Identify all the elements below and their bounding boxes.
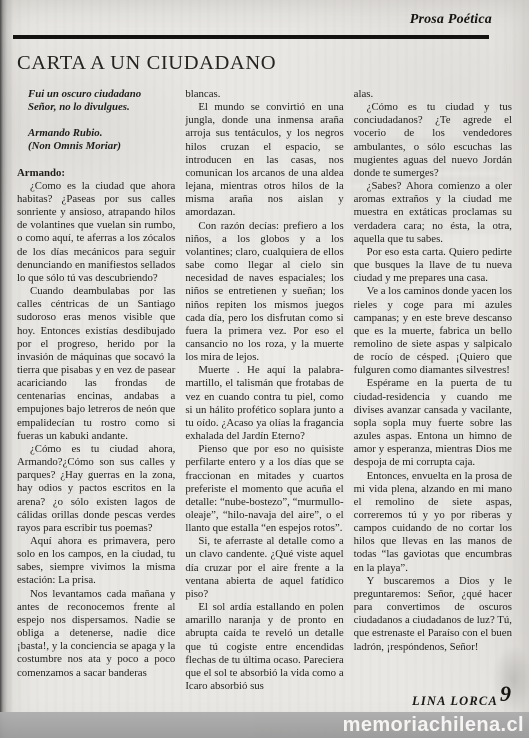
- attribution: Armando Rubio. (Non Omnis Moriar): [28, 127, 175, 153]
- column-1: Fui un oscuro ciudadano Señor, no lo div…: [17, 88, 175, 712]
- paragraph: Cuando deambulabas por las calles céntri…: [17, 285, 175, 443]
- paragraph: alas.: [354, 88, 512, 101]
- page-title: CARTA A UN CIUDADANO: [17, 52, 276, 75]
- watermark-bar: memoriachilena.cl: [0, 712, 529, 738]
- text-columns: Fui un oscuro ciudadano Señor, no lo div…: [17, 88, 512, 712]
- page-number: 9: [500, 681, 511, 707]
- section-header: Prosa Poética: [410, 12, 492, 28]
- column-2: blancas.El mundo se convirtió en una jun…: [185, 88, 343, 712]
- paragraph: ¿Cómo es tu ciudad y tus conciudadanos? …: [354, 101, 512, 180]
- paragraph: Por eso esta carta. Quiero pedirte que b…: [354, 246, 512, 285]
- author-signature: LINA LORCA: [412, 694, 498, 709]
- paragraph: ¿Como es la ciudad que ahora habitas? ¿P…: [17, 180, 175, 285]
- paragraph: Entonces, envuelta en la prosa de mi vid…: [354, 470, 512, 575]
- salutation: Armando:: [17, 167, 175, 180]
- column-3: alas.¿Cómo es tu ciudad y tus conciudada…: [354, 88, 512, 712]
- paragraph: El mundo se convirtió en una jungla, don…: [185, 101, 343, 219]
- paragraph: ¿Sabes? Ahora comienzo a oler aromas ext…: [354, 180, 512, 246]
- paragraph: ¿Cómo es tu ciudad ahora, Armando?¿Cómo …: [17, 443, 175, 535]
- paragraph: Si, te aferraste al detalle como a un cl…: [185, 535, 343, 601]
- paragraph: Muerte . He aquí la palabra-martillo, el…: [185, 364, 343, 443]
- paragraph: Con razón decías: prefiero a los niños, …: [185, 220, 343, 365]
- paragraph: El sol ardía estallando en polen amarill…: [185, 601, 343, 693]
- fingerprint-smudge: [493, 646, 529, 712]
- scanned-page: Prosa Poética CARTA A UN CIUDADANO Fui u…: [0, 0, 529, 738]
- paragraph: Pienso que por eso no quisiste perfilart…: [185, 443, 343, 535]
- scan-edge-shadow: [0, 0, 13, 738]
- header-rule: [13, 35, 489, 39]
- watermark-text: memoriachilena.cl: [343, 714, 529, 736]
- paragraph: blancas.: [185, 88, 343, 101]
- paragraph: Y buscaremos a Dios y le preguntaremos: …: [354, 575, 512, 654]
- paragraph: Ve a los caminos donde yacen los rieles …: [354, 285, 512, 377]
- paragraph: Aquí ahora es primavera, pero solo en lo…: [17, 535, 175, 588]
- epigraph: Fui un oscuro ciudadano Señor, no lo div…: [28, 88, 175, 114]
- paragraph: Espérame en la puerta de tu ciudad-resid…: [354, 377, 512, 469]
- paragraph: Nos levantamos cada mañana y antes de re…: [17, 588, 175, 680]
